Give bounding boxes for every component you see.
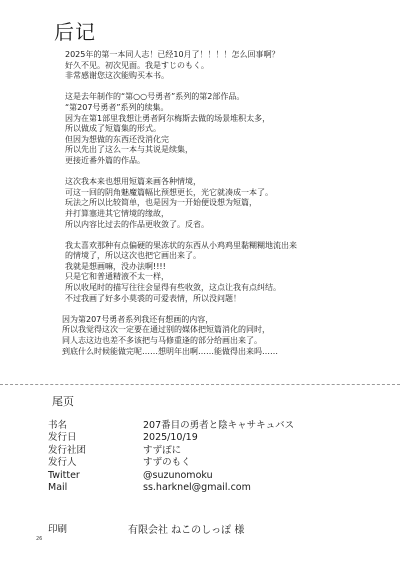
text-line: 所以先出了这么一本与其说是续集，: [65, 145, 385, 156]
colophon-value: すずぽに: [143, 445, 181, 457]
text-line: 2025年的第一本同人志！已经10月了！！！！怎么回事啊？: [65, 50, 385, 61]
colophon-row-publisher: 发行人 すずのもく: [48, 457, 294, 469]
colophon-label: 发行人: [48, 457, 143, 469]
colophon-row-circle: 发行社团 すずぽに: [48, 445, 294, 457]
colophon-label: Mail: [48, 482, 143, 494]
text-line: 我太喜欢那种有点偏硬的果冻状的东西从小鸡鸡里黏糊糊地流出来: [65, 241, 385, 252]
page-number: 26: [36, 536, 42, 542]
text-line: 并打算塞进其它情境的缘故，: [65, 209, 385, 220]
text-line: 但因为想做的东西还没消化完: [65, 135, 385, 146]
colophon-row-title: 书名 207番目の勇者と陰キャサキュバス: [48, 420, 294, 432]
colophon-value: 2025/10/19: [143, 432, 198, 444]
colophon-value: 207番目の勇者と陰キャサキュバス: [143, 420, 294, 432]
text-line: 因为在第1部里我想让勇者阿尔梅斯去做的场景堆积太多，: [65, 114, 385, 125]
text-line: 这次我本来也想用短篇来画各种情境，: [65, 177, 385, 188]
text-line: 只是它和普通精液不太一样，: [65, 272, 385, 283]
colophon-value: 有限会社 ねこのしっぽ 様: [128, 521, 244, 536]
text-line: 更接近番外篇的作品。: [65, 156, 385, 167]
colophon-label: Twitter: [48, 470, 143, 482]
paragraph-4: 我太喜欢那种有点偏硬的果冻状的东西从小鸡鸡里黏糊糊地流出来 的情境了，所以这次也…: [65, 241, 385, 305]
text-line: 玩法之所以比较简单，也是因为一开始便设想为短篇，: [65, 198, 385, 209]
text-line: 非常感谢您这次能购买本书。: [65, 71, 385, 82]
colophon-row-printer: 印刷 有限会社 ねこのしっぽ 様: [48, 521, 244, 536]
paragraph-1: 2025年的第一本同人志！已经10月了！！！！怎么回事啊？ 好久不见。初次见面。…: [65, 50, 385, 82]
colophon-table: 书名 207番目の勇者と陰キャサキュバス 发行日 2025/10/19 发行社团…: [48, 420, 294, 494]
text-line: 所以做成了短篇集的形式。: [65, 124, 385, 135]
paragraph-3: 这次我本来也想用短篇来画各种情境， 可这一回的阴角魅魔篇幅比预想更长，光它就凑成…: [65, 177, 385, 230]
text-line: 可这一回的阴角魅魔篇幅比预想更长，光它就凑成一本了。: [65, 188, 385, 199]
text-line: 的情境了，所以这次也把它画出来了。: [65, 251, 385, 262]
text-line: 到底什么时候能做完呢……想明年出啊……能做得出来吗……: [62, 347, 385, 358]
colophon-label: 发行日: [48, 432, 143, 444]
text-line: 我就是想画嘛，没办法啊!!!!: [65, 262, 385, 273]
text-line: 好久不见。初次见面。我是すじのもく。: [65, 61, 385, 72]
afterword-title: 后记: [54, 16, 96, 45]
text-line: “第207号勇者”系列的续集。: [65, 103, 385, 114]
text-line: 所以我觉得这次一定要在通过别的媒体把短篇消化的同时，: [62, 325, 385, 336]
text-line: 所以收尾时的描写往往会显得有些收敛，这点让我有点纠结。: [65, 283, 385, 294]
text-line: 因为第207号勇者系列我还有想画的内容，: [62, 315, 385, 326]
text-line: 这是去年制作的“第○○号勇者”系列的第2部作品。: [65, 92, 385, 103]
colophon-value: すずのもく: [143, 457, 191, 469]
paragraph-5: 因为第207号勇者系列我还有想画的内容， 所以我觉得这次一定要在通过别的媒体把短…: [62, 315, 385, 357]
text-line: 所以内容比过去的作品更收敛了。反省。: [65, 220, 385, 231]
colophon-value: ss.harknel@gmail.com: [143, 482, 251, 494]
colophon-value: @suzunomoku: [143, 470, 213, 482]
colophon-label: 书名: [48, 420, 143, 432]
colophon-row-date: 发行日 2025/10/19: [48, 432, 294, 444]
colophon-label: 印刷: [48, 521, 128, 536]
colophon-title: 尾页: [52, 393, 74, 409]
afterword-body: 2025年的第一本同人志！已经10月了！！！！怎么回事啊？ 好久不见。初次见面。…: [65, 50, 385, 368]
paragraph-2: 这是去年制作的“第○○号勇者”系列的第2部作品。 “第207号勇者”系列的续集。…: [65, 92, 385, 166]
text-line: 不过我画了好多小莫裘的可爱表情，所以没问题！: [65, 294, 385, 305]
text-line: 同人志这边也差不多该把与马修重逢的部分给画出来了。: [62, 336, 385, 347]
colophon-row-twitter: Twitter @suzunomoku: [48, 470, 294, 482]
colophon-label: 发行社团: [48, 445, 143, 457]
colophon-row-mail: Mail ss.harknel@gmail.com: [48, 482, 294, 494]
section-divider: [0, 384, 400, 385]
